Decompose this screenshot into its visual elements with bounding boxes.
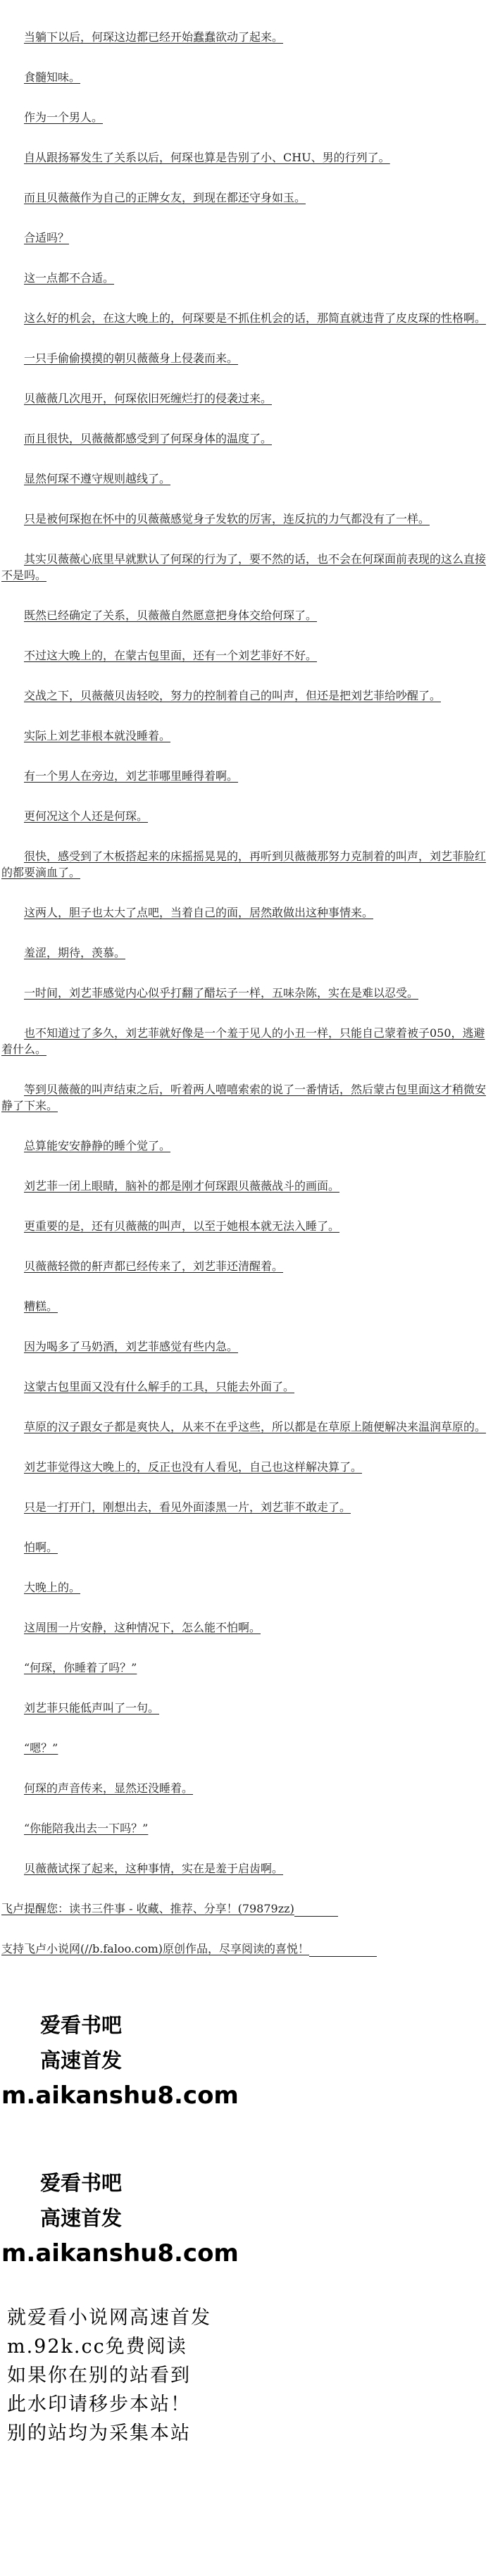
- story-paragraph: 交战之下，贝薇薇贝齿轻咬，努力的控制着自己的叫声，但还是把刘艺菲给吵醒了。: [1, 687, 492, 704]
- story-paragraph: 不过这大晚上的，在蒙古包里面，还有一个刘艺菲好不好。: [1, 647, 492, 664]
- story-paragraph: 更何况这个人还是何琛。: [1, 808, 492, 824]
- story-paragraph: 一只手偷偷摸摸的朝贝薇薇身上侵袭而来。: [1, 350, 492, 366]
- story-paragraph: 既然已经确定了关系，贝薇薇自然愿意把身体交给何琛了。: [1, 607, 492, 623]
- story-paragraph: 一时间，刘艺菲感觉内心似乎打翻了醋坛子一样，五味杂陈，实在是难以忍受。: [1, 985, 492, 1001]
- story-paragraph: 等到贝薇薇的叫声结束之后，听着两人嘻嘻索索的说了一番情话，然后蒙古包里面这才稍微…: [1, 1081, 492, 1114]
- faloo-notice-text-1: 飞卢提醒您：读书三件事 - 收藏、推荐、分享！(79879zz): [1, 1902, 294, 1915]
- story-paragraph: 糟糕。: [1, 1298, 492, 1314]
- story-paragraph: 大晚上的。: [1, 1579, 492, 1595]
- story-paragraph: 总算能安安静静的睡个觉了。: [1, 1138, 492, 1154]
- story-paragraph: 当躺下以后，何琛这边都已经开始蠢蠢欲动了起来。: [1, 29, 492, 45]
- watermark-line: 如果你在别的站看到: [7, 2361, 492, 2390]
- watermark-line: 别的站均为采集本站: [7, 2419, 492, 2448]
- story-paragraph: 何琛的声音传来，显然还没睡着。: [1, 1780, 492, 1796]
- story-paragraph: 食髓知味。: [1, 69, 492, 85]
- story-paragraph: “你能陪我出去一下吗？”: [1, 1820, 492, 1836]
- story-paragraph: 怕啊。: [1, 1539, 492, 1555]
- story-paragraph: “嗯？”: [1, 1740, 492, 1756]
- story-paragraph: 这蒙古包里面又没有什么解手的工具，只能去外面了。: [1, 1379, 492, 1395]
- story-paragraph: “何琛，你睡着了吗？”: [1, 1660, 492, 1676]
- story-paragraph: 作为一个男人。: [1, 109, 492, 125]
- story-paragraph: 只是一打开门，刚想出去，看见外面漆黑一片，刘艺菲不敢走了。: [1, 1499, 492, 1515]
- story-paragraph: 只是被何琛抱在怀中的贝薇薇感觉身子发软的厉害，连反抗的力气都没有了一样。: [1, 511, 492, 527]
- story-paragraph: 而且很快，贝薇薇都感受到了何琛身体的温度了。: [1, 430, 492, 447]
- underline-tail: [294, 1905, 338, 1917]
- novel-content: 当躺下以后，何琛这边都已经开始蠢蠢欲动了起来。食髓知味。作为一个男人。自从跟扬幂…: [0, 0, 493, 2448]
- story-paragraph: 显然何琛不遵守规则越线了。: [1, 471, 492, 487]
- story-paragraph: 贝薇薇试探了起来，这种事情，实在是羞于启齿啊。: [1, 1860, 492, 1877]
- story-paragraph: 这周围一片安静，这种情况下，怎么能不怕啊。: [1, 1619, 492, 1636]
- watermark-line: 此水印请移步本站！: [7, 2390, 492, 2419]
- promo-site-name: 爱看书吧: [1, 2165, 492, 2201]
- story-paragraph: 其实贝薇薇心底里早就默认了何琛的行为了，要不然的话，也不会在何琛面前表现的这么直…: [1, 551, 492, 583]
- story-paragraph: 这么好的机会，在这大晚上的，何琛要是不抓住机会的话，那简直就违背了皮皮琛的性格啊…: [1, 310, 492, 326]
- story-paragraph: 合适吗？: [1, 230, 492, 246]
- promo-tagline: 高速首发: [1, 2201, 492, 2236]
- story-paragraph: 这一点都不合适。: [1, 270, 492, 286]
- promo-block-1: 爱看书吧 高速首发 m.aikanshu8.com: [1, 2008, 492, 2113]
- story-paragraph: 有一个男人在旁边，刘艺菲哪里睡得着啊。: [1, 768, 492, 784]
- faloo-notice-line-2: 支持飞卢小说网(//b.faloo.com)原创作品，尽享阅读的喜悦！: [1, 1941, 492, 1957]
- story-paragraph: 因为喝多了马奶酒，刘艺菲感觉有些内急。: [1, 1338, 492, 1355]
- underline-tail: [309, 1945, 377, 1957]
- promo-tagline: 高速首发: [1, 2043, 492, 2078]
- promo-url: m.aikanshu8.com: [1, 2078, 492, 2113]
- faloo-notice-line-1: 飞卢提醒您：读书三件事 - 收藏、推荐、分享！(79879zz): [1, 1900, 492, 1917]
- story-paragraph: 而且贝薇薇作为自己的正牌女友，到现在都还守身如玉。: [1, 189, 492, 206]
- story-paragraph: 实际上刘艺菲根本就没睡着。: [1, 728, 492, 744]
- story-paragraph: 贝薇薇几次甩开，何琛依旧死缠烂打的侵袭过来。: [1, 390, 492, 406]
- promo-block-2: 爱看书吧 高速首发 m.aikanshu8.com: [1, 2165, 492, 2271]
- story-paragraph: 自从跟扬幂发生了关系以后，何琛也算是告别了小、CHU、男的行列了。: [1, 149, 492, 166]
- watermark-line: 就爱看小说网高速首发: [7, 2303, 492, 2332]
- story-paragraph: 贝薇薇轻微的鼾声都已经传来了，刘艺菲还清醒着。: [1, 1258, 492, 1274]
- story-paragraph: 刘艺菲一闭上眼睛，脑补的都是刚才何琛跟贝薇薇战斗的画面。: [1, 1178, 492, 1194]
- story-paragraph: 这两人，胆子也太大了点吧，当着自己的面，居然敢做出这种事情来。: [1, 904, 492, 921]
- story-paragraph: 更重要的是，还有贝薇薇的叫声，以至于她根本就无法入睡了。: [1, 1218, 492, 1234]
- story-paragraph: 刘艺菲觉得这大晚上的，反正也没有人看见，自己也这样解决算了。: [1, 1459, 492, 1475]
- story-paragraph: 很快，感受到了木板搭起来的床摇摇晃晃的，再听到贝薇薇那努力克制着的叫声，刘艺菲脸…: [1, 848, 492, 881]
- faloo-notice-text-2: 支持飞卢小说网(//b.faloo.com)原创作品，尽享阅读的喜悦！: [1, 1942, 309, 1955]
- story-paragraph: 草原的汉子跟女子都是爽快人，从来不在乎这些，所以都是在草原上随便解决来温润草原的…: [1, 1419, 492, 1435]
- watermark-block: 就爱看小说网高速首发m.92k.cc免费阅读如果你在别的站看到此水印请移步本站！…: [1, 2303, 492, 2448]
- story-paragraphs: 当躺下以后，何琛这边都已经开始蠢蠢欲动了起来。食髓知味。作为一个男人。自从跟扬幂…: [1, 29, 492, 1877]
- story-paragraph: 也不知道过了多久，刘艺菲就好像是一个羞于见人的小丑一样，只能自己蒙着被子050，…: [1, 1025, 492, 1057]
- watermark-line: m.92k.cc免费阅读: [7, 2332, 492, 2361]
- promo-site-name: 爱看书吧: [1, 2008, 492, 2043]
- promo-url: m.aikanshu8.com: [1, 2236, 492, 2271]
- story-paragraph: 刘艺菲只能低声叫了一句。: [1, 1700, 492, 1716]
- story-paragraph: 羞涩，期待，羡慕。: [1, 945, 492, 961]
